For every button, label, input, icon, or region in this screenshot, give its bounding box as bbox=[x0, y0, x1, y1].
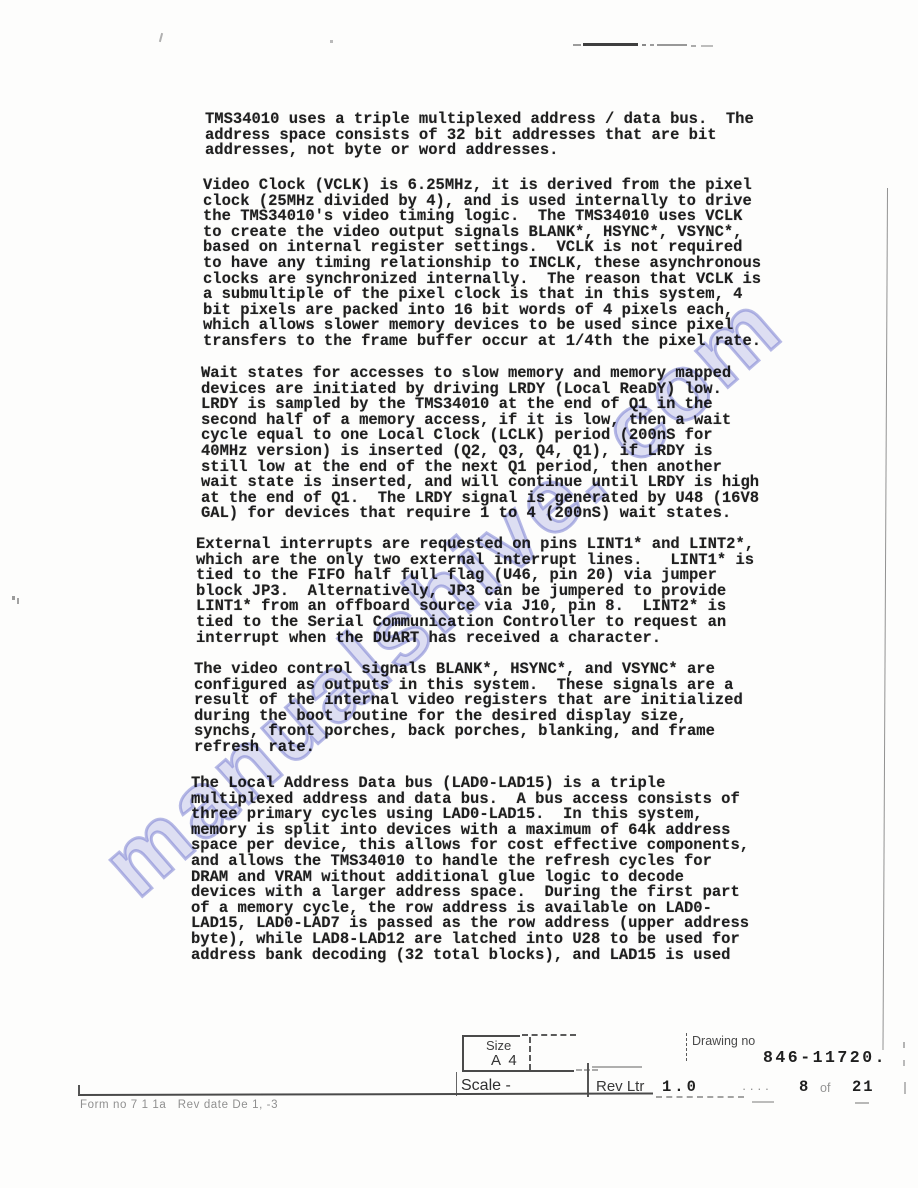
scan-artifact bbox=[882, 188, 888, 1050]
paragraph-1: TMS34010 uses a triple multiplexed addre… bbox=[205, 112, 754, 159]
scan-artifact bbox=[903, 1060, 905, 1066]
paragraph-4: External interrupts are requested on pin… bbox=[196, 537, 754, 646]
title-block-line bbox=[462, 1035, 464, 1072]
paragraph-5: The video control signals BLANK*, HSYNC*… bbox=[194, 662, 743, 756]
paragraph-6: The Local Address Data bus (LAD0-LAD15) … bbox=[191, 776, 749, 963]
sheet-number: 8 bbox=[799, 1078, 808, 1096]
rev-letter-value: 1.0 bbox=[662, 1078, 699, 1096]
title-block-line bbox=[656, 1096, 744, 1098]
scan-artifact bbox=[904, 1082, 906, 1094]
scanned-document-page: TMS34010 uses a triple multiplexed addre… bbox=[0, 0, 918, 1188]
form-number-note: Form no 7 1 1a Rev date De 1, -3 bbox=[80, 1099, 278, 1111]
scan-artifact bbox=[12, 596, 15, 600]
title-block-line bbox=[462, 1070, 574, 1072]
drawing-number-value: 846-11720. bbox=[763, 1048, 887, 1067]
sheet-dots: · · · · bbox=[742, 1082, 769, 1096]
title-block-line bbox=[462, 1035, 520, 1037]
drawing-number-label: Drawing no bbox=[692, 1034, 755, 1048]
title-block-line bbox=[529, 1037, 531, 1070]
scan-artifact bbox=[691, 45, 696, 47]
paragraph-3: Wait states for accesses to slow memory … bbox=[201, 366, 759, 522]
title-block-line bbox=[78, 1092, 653, 1096]
title-block-line bbox=[752, 1101, 774, 1103]
sheet-total: 21 bbox=[852, 1078, 875, 1096]
scan-artifact bbox=[642, 44, 646, 46]
scan-artifact bbox=[855, 1102, 869, 1104]
title-block-line bbox=[522, 1034, 576, 1036]
title-block-line bbox=[592, 1066, 642, 1068]
title-block-line bbox=[78, 1085, 80, 1095]
scan-artifact bbox=[903, 1042, 905, 1048]
scan-artifact bbox=[330, 40, 333, 43]
title-block-line bbox=[686, 1033, 687, 1061]
scan-artifact bbox=[701, 45, 713, 47]
paragraph-2: Video Clock (VCLK) is 6.25MHz, it is der… bbox=[203, 178, 761, 350]
scan-artifact bbox=[657, 44, 687, 46]
size-label: Size bbox=[486, 1038, 511, 1053]
sheet-of-label: of bbox=[820, 1081, 830, 1095]
scan-artifact bbox=[650, 44, 654, 46]
scan-artifact bbox=[17, 598, 19, 604]
scan-artifact bbox=[573, 44, 581, 46]
scan-artifact bbox=[159, 33, 163, 42]
size-value: A 4 bbox=[491, 1052, 519, 1069]
scan-artifact bbox=[583, 43, 638, 46]
